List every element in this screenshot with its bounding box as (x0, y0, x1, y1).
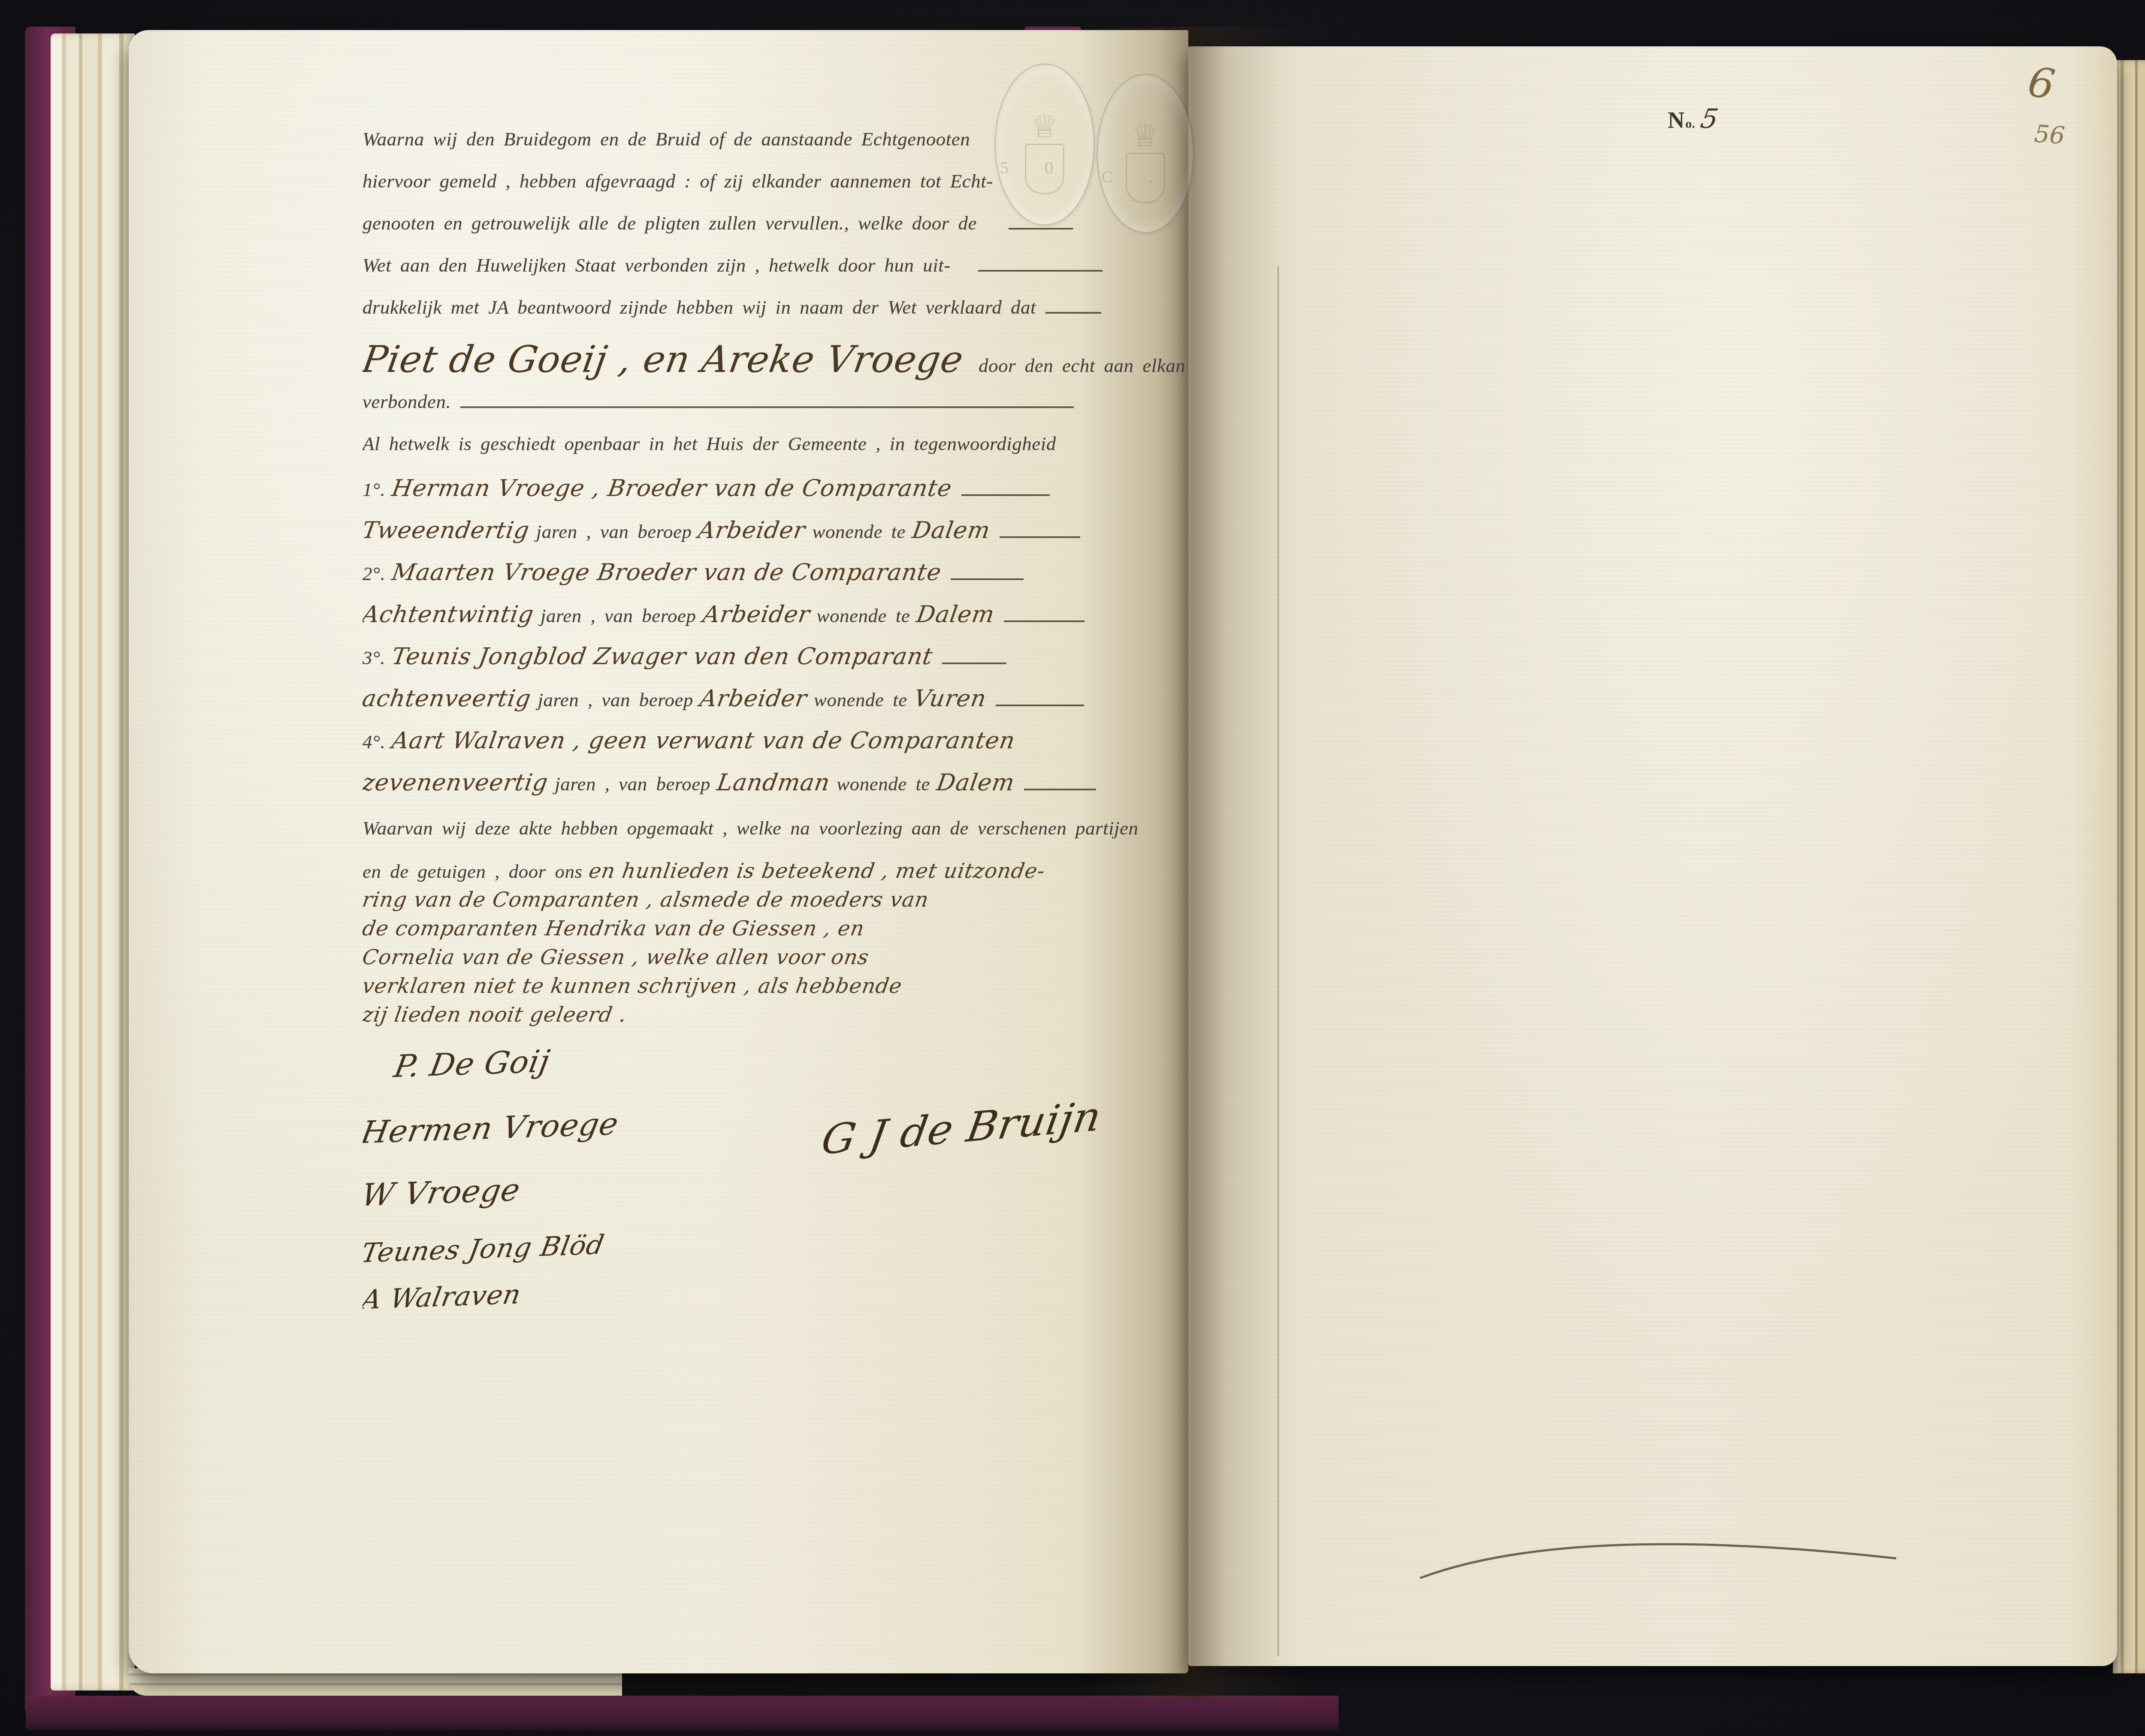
fill-in-rule (1009, 226, 1073, 230)
text-line: ring van de Comparanten , alsmede de moe… (363, 888, 1185, 916)
act-number-sup: o. (1686, 117, 1695, 131)
printed-text: Waarvan wij deze akte hebben opgemaakt ,… (363, 817, 1138, 839)
fill-in-rule (1045, 310, 1101, 314)
fill-in-rule (961, 492, 1050, 496)
printed-text: Al hetwelk is geschiedt openbaar in het … (363, 432, 1056, 455)
handwritten-text: verklaren niet te kunnen schrijven , als… (363, 974, 904, 998)
printed-text: 3°. (363, 647, 385, 669)
printed-text: wonende te (837, 773, 930, 795)
handwritten-text: Dalem (910, 517, 992, 544)
spacer (958, 271, 969, 272)
text-line: verbonden. (363, 390, 1185, 426)
printed-text: door den echt aan elkander (979, 354, 1185, 377)
text-line: Waarna wij den Bruidegom en de Bruid of … (363, 128, 1185, 170)
text-line: verklaren niet te kunnen schrijven , als… (363, 974, 1185, 1003)
text-line: 4°.Aart Walraven , geen verwant van de C… (363, 727, 1185, 769)
text-line: Achtentwintigjaren , van beroepArbeiderw… (363, 601, 1185, 643)
text-line: de comparanten Hendrika van de Giessen ,… (363, 916, 1185, 945)
text-line: zevenenveertigjaren , van beroepLandmanw… (363, 769, 1185, 811)
text-line: 3°.Teunis Jongblod Zwager van den Compar… (363, 643, 1185, 685)
fill-in-rule (942, 660, 1006, 664)
handwritten-text: Herman Vroege , Broeder van de Comparant… (390, 475, 954, 502)
handwritten-text: Vuren (912, 685, 988, 712)
text-line: drukkelijk met JA beantwoord zijnde hebb… (363, 296, 1185, 338)
printed-text: jaren , van beroep (541, 605, 696, 627)
fill-in-rule (1004, 618, 1085, 622)
right-page-margin-line (1278, 266, 1279, 1656)
spacer (624, 1128, 818, 1128)
text-line: zij lieden nooit geleerd . (363, 1003, 1185, 1031)
handwritten-text: Tweeendertig (363, 517, 532, 544)
signature: Hermen Vroege (363, 1106, 622, 1151)
printed-text: wonende te (817, 605, 910, 627)
printed-text: 4°. (363, 731, 385, 753)
text-line: hiervoor gemeld , hebben afgevraagd : of… (363, 170, 1185, 212)
text-line: A Walraven (363, 1273, 1185, 1321)
handwritten-text: zevenenveertig (363, 769, 550, 796)
fill-in-rule (996, 702, 1084, 706)
text-line: genooten en getrouwelijk alle de pligten… (363, 212, 1185, 254)
page-corner-number-secondary: 56 (2033, 120, 2066, 150)
signature: W Vroege (363, 1172, 523, 1213)
act-number-heading: No. 5 (1288, 103, 2098, 155)
spacer (363, 1063, 388, 1064)
text-line: Tweeendertigjaren , van beroepArbeiderwo… (363, 517, 1185, 559)
fill-in-rule (1024, 786, 1096, 790)
printed-text: en de getuigen , door ons (363, 860, 582, 883)
printed-text: Waarna wij den Bruidegom en de Bruid of … (363, 128, 970, 150)
handwritten-text: Maarten Vroege Broeder van de Comparante (390, 559, 943, 586)
left-page-text-block: Waarna wij den Bruidegom en de Bruid of … (363, 128, 1185, 1587)
text-line: P. De Goij (363, 1031, 1185, 1096)
text-line: Wet aan den Huwelijken Staat verbonden z… (363, 254, 1185, 296)
fill-in-rule (978, 268, 1103, 272)
handwritten-text: ring van de Comparanten , alsmede de moe… (363, 888, 931, 912)
book-cover-bottom (26, 1696, 1338, 1730)
handwritten-text: Dalem (935, 769, 1017, 796)
handwritten-text: en hunlieden is beteekend , met uitzonde… (587, 859, 1047, 883)
handwritten-text: Arbeider (696, 517, 807, 544)
handwritten-text: Achtentwintig (363, 601, 536, 628)
text-line: Teunes Jong Blöd (363, 1225, 1185, 1273)
printed-text: jaren , van beroep (555, 773, 710, 795)
signature: A Walraven (363, 1278, 524, 1315)
handwritten-name-large: Piet de Goeij , en Areke Vroege (363, 338, 967, 381)
printed-text: jaren , van beroep (536, 520, 692, 543)
handwritten-text: Arbeider (698, 685, 809, 712)
handwritten-text: Arbeider (701, 601, 812, 628)
text-line: W Vroege (363, 1160, 1185, 1225)
printed-text: 2°. (363, 563, 385, 585)
signature: Teunes Jong Blöd (363, 1229, 607, 1269)
text-line: Al hetwelk is geschiedt openbaar in het … (363, 432, 1185, 475)
fill-in-rule (1000, 534, 1080, 538)
handwritten-text: Cornelia van de Giessen , welke allen vo… (363, 945, 871, 969)
handwritten-text: zij lieden nooit geleerd . (363, 1003, 628, 1027)
signature: P. De Goij (391, 1043, 553, 1084)
fill-in-rule (460, 404, 1074, 408)
signature-officiant: G J de Bruijn (819, 1092, 1105, 1164)
fill-in-rule (951, 576, 1024, 580)
printed-text: verbonden. (363, 390, 451, 413)
handwritten-text: Dalem (915, 601, 997, 628)
handwritten-text: Teunis Jongblod Zwager van den Comparant (390, 643, 935, 670)
act-number-label: N (1668, 107, 1686, 133)
handwritten-text: achtenveertig (363, 685, 533, 712)
spacer (1106, 1128, 1178, 1128)
printed-text: drukkelijk met JA beantwoord zijnde hebb… (363, 296, 1036, 318)
text-line: Hermen VroegeG J de Bruijn (363, 1096, 1185, 1160)
text-line: 2°.Maarten Vroege Broeder van de Compara… (363, 559, 1185, 601)
printed-text: genooten en getrouwelijk alle de pligten… (363, 212, 977, 234)
printed-text: wonende te (814, 689, 907, 711)
text-line: 1°.Herman Vroege , Broeder van de Compar… (363, 475, 1185, 517)
printed-text: Wet aan den Huwelijken Staat verbonden z… (363, 254, 951, 276)
printed-text: hiervoor gemeld , hebben afgevraagd : of… (363, 170, 993, 192)
act-number-value: 5 (1698, 103, 1721, 134)
printed-text: jaren , van beroep (538, 689, 693, 711)
handwritten-text: Landman (715, 769, 832, 796)
printed-text: wonende te (812, 520, 906, 543)
handwritten-text: Aart Walraven , geen verwant van de Comp… (390, 727, 1017, 754)
text-line: Cornelia van de Giessen , welke allen vo… (363, 945, 1185, 974)
right-page-text-block: No. 5 (1288, 103, 2098, 1630)
ink-flourish (1411, 1527, 1909, 1592)
page-edge-stack-right[interactable] (2113, 60, 2145, 1673)
spacer (984, 229, 999, 230)
printed-text: 1°. (363, 478, 385, 501)
text-line: Waarvan wij deze akte hebben opgemaakt ,… (363, 817, 1185, 859)
text-line: achtenveertigjaren , van beroepArbeiderw… (363, 685, 1185, 727)
text-line: en de getuigen , door onsen hunlieden is… (363, 859, 1185, 888)
handwritten-text: de comparanten Hendrika van de Giessen ,… (363, 916, 866, 941)
text-line: Piet de Goeij , en Areke Vroegedoor den … (363, 338, 1185, 390)
